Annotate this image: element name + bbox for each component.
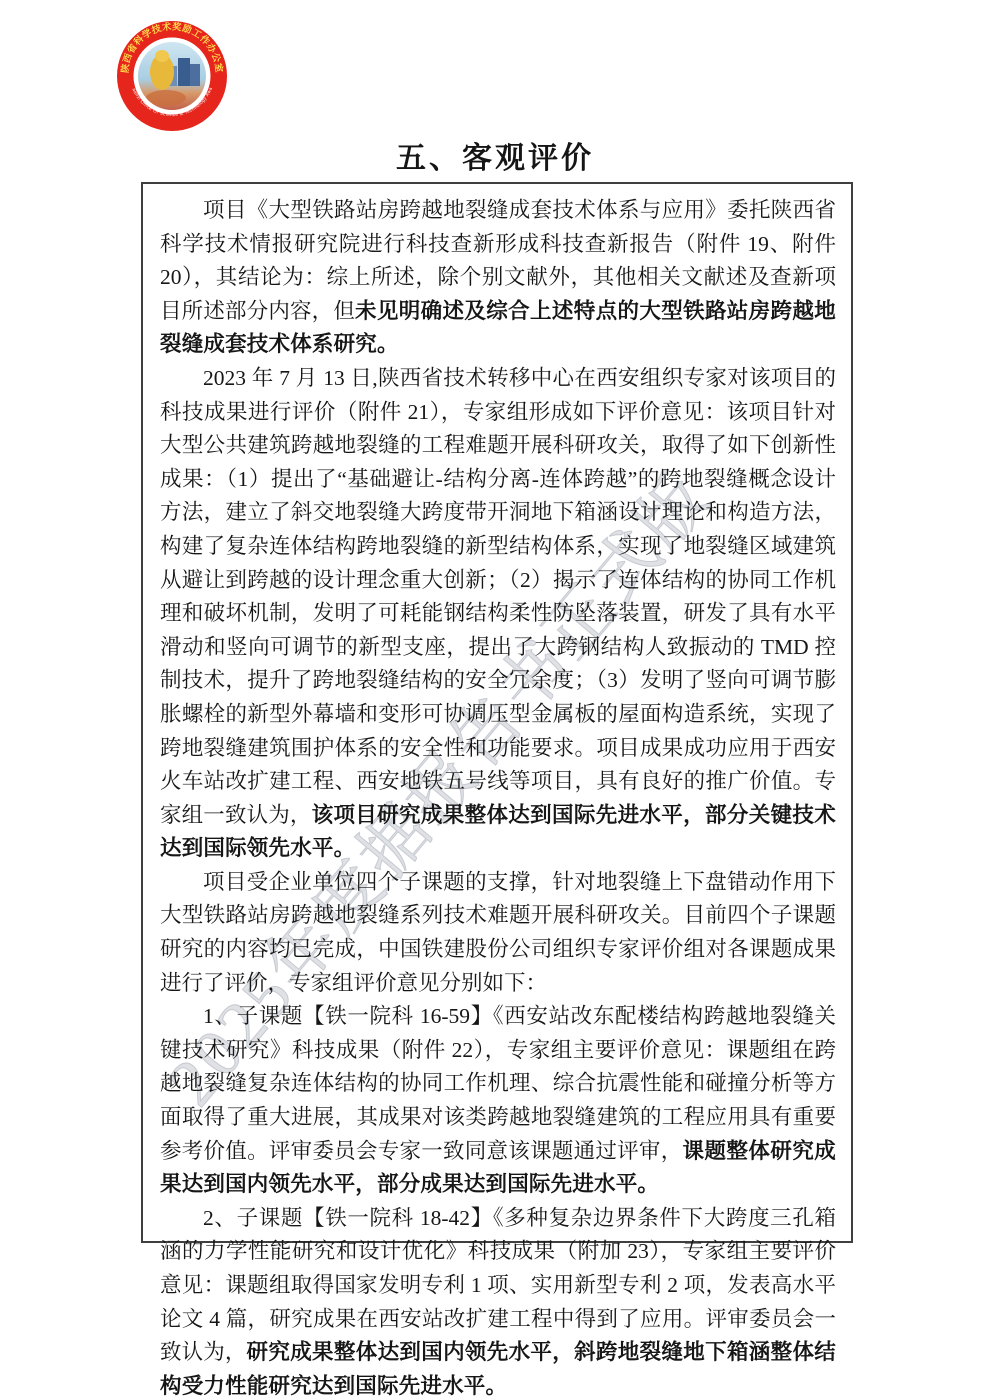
paragraph: 项目受企业单位四个子课题的支撑，针对地裂缝上下盘错动作用下大型铁路站房跨越地裂缝… (160, 866, 836, 1000)
seal-logo-graphic: 陕西省科学技术奖励工作办公室 Shaanxi Office Of Science… (116, 20, 228, 132)
paragraph-bold-text: 研究成果整体达到国内领先水平，斜跨地裂缝地下箱涵整体结构受力性能研究达到国际先进… (160, 1340, 836, 1398)
organization-seal-logo: 陕西省科学技术奖励工作办公室 Shaanxi Office Of Science… (116, 20, 228, 132)
paragraph: 项目《大型铁路站房跨越地裂缝成套技术体系与应用》委托陕西省科学技术情报研究院进行… (160, 194, 836, 362)
page-title: 五、客观评价 (0, 133, 990, 177)
paragraph: 1、子课题【铁一院科 16-59】《西安站改东配楼结构跨越地裂缝关键技术研究》科… (160, 1000, 836, 1202)
paragraph-text: 2023 年 7 月 13 日,陕西省技术转移中心在西安组织专家对该项目的科技成… (160, 366, 836, 827)
paragraph: 2、子课题【铁一院科 18-42】《多种复杂边界条件下大跨度三孔箱涵的力学性能研… (160, 1202, 836, 1399)
paragraph: 2023 年 7 月 13 日,陕西省技术转移中心在西安组织专家对该项目的科技成… (160, 362, 836, 866)
seal-center-photo (138, 42, 206, 110)
document-box: 项目《大型铁路站房跨越地裂缝成套技术体系与应用》委托陕西省科学技术情报研究院进行… (141, 182, 853, 1243)
paragraph-text: 项目受企业单位四个子课题的支撑，针对地裂缝上下盘错动作用下大型铁路站房跨越地裂缝… (160, 870, 836, 995)
